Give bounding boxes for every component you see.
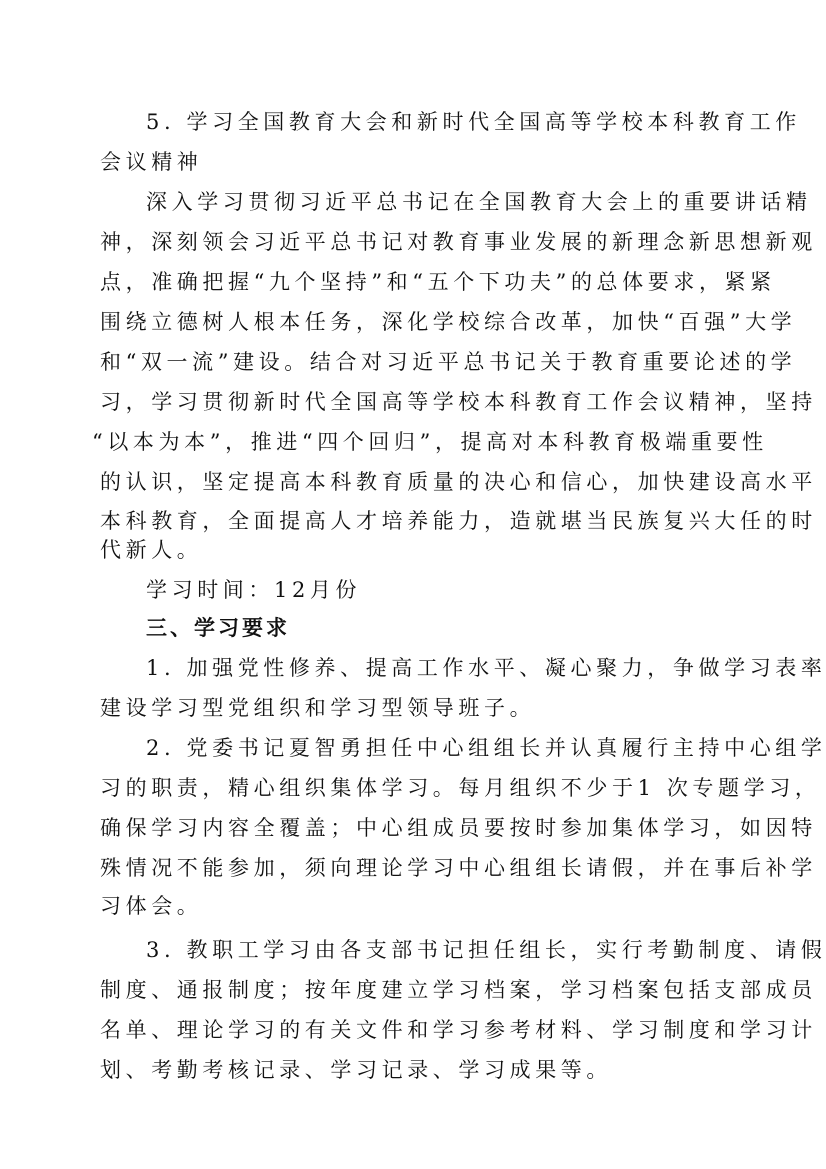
requirement-item-2-line: 习的职责，精心组织集体学习。每月组织不少于1 次专题学习， <box>100 773 820 803</box>
paragraph-line: 本科教育，全面提高人才培养能力，造就堪当民族复兴大任的时 <box>100 506 817 536</box>
paragraph-line: 代新人。 <box>100 535 202 565</box>
section-heading-line-1: 5. 学习全国教育大会和新时代全国高等学校本科教育工作 <box>146 107 801 137</box>
paragraph-line: 点，准确把握“九个坚持”和“五个下功夫”的总体要求，紧紧 <box>100 267 776 297</box>
section-heading-requirements: 三、学习要求 <box>146 613 290 643</box>
paragraph-line: 深入学习贯彻习近平总书记在全国教育大会上的重要讲话精 <box>146 187 812 217</box>
requirement-item-2-line: 2. 党委书记夏智勇担任中心组组长并认真履行主持中心组学 <box>146 733 826 763</box>
study-time: 学习时间：12月份 <box>146 575 361 605</box>
requirement-item-3-line: 制度、通报制度；按年度建立学习档案，学习档案包括支部成员 <box>100 975 817 1005</box>
paragraph-line: 的认识，坚定提高本科教育质量的决心和信心，加快建设高水平 <box>100 467 817 497</box>
section-heading-line-2: 会议精神 <box>100 147 202 177</box>
requirement-item-1-line: 建设学习型党组织和学习型领导班子。 <box>100 693 535 723</box>
paragraph-line: “以本为本”，推进“四个回归”，提高对本科教育极端重要性 <box>92 427 768 457</box>
paragraph-line: 围绕立德树人根本任务，深化学校综合改革，加快“百强”大学 <box>100 307 796 337</box>
requirement-item-2-line: 习体会。 <box>100 891 202 921</box>
paragraph-line: 神，深刻领会习近平总书记对教育事业发展的新理念新思想新观 <box>100 227 817 257</box>
requirement-item-3-line: 名单、理论学习的有关文件和学习参考材料、学习制度和学习计 <box>100 1015 817 1045</box>
requirement-item-2-line: 殊情况不能参加，须向理论学习中心组组长请假，并在事后补学 <box>100 853 817 883</box>
requirement-item-1-line: 1. 加强党性修养、提高工作水平、凝心聚力，争做学习表率， <box>146 653 826 683</box>
requirement-item-3-line: 划、考勤考核记录、学习记录、学习成果等。 <box>100 1055 612 1085</box>
document-page: 5. 学习全国教育大会和新时代全国高等学校本科教育工作 会议精神 深入学习贯彻习… <box>0 0 826 1169</box>
requirement-item-2-line: 确保学习内容全覆盖；中心组成员要按时参加集体学习，如因特 <box>100 813 817 843</box>
requirement-item-3-line: 3. 教职工学习由各支部书记担任组长，实行考勤制度、请假 <box>146 935 826 965</box>
paragraph-line: 习，学习贯彻新时代全国高等学校本科教育工作会议精神，坚持 <box>100 387 817 417</box>
paragraph-line: 和“双一流”建设。结合对习近平总书记关于教育重要论述的学 <box>100 347 796 377</box>
